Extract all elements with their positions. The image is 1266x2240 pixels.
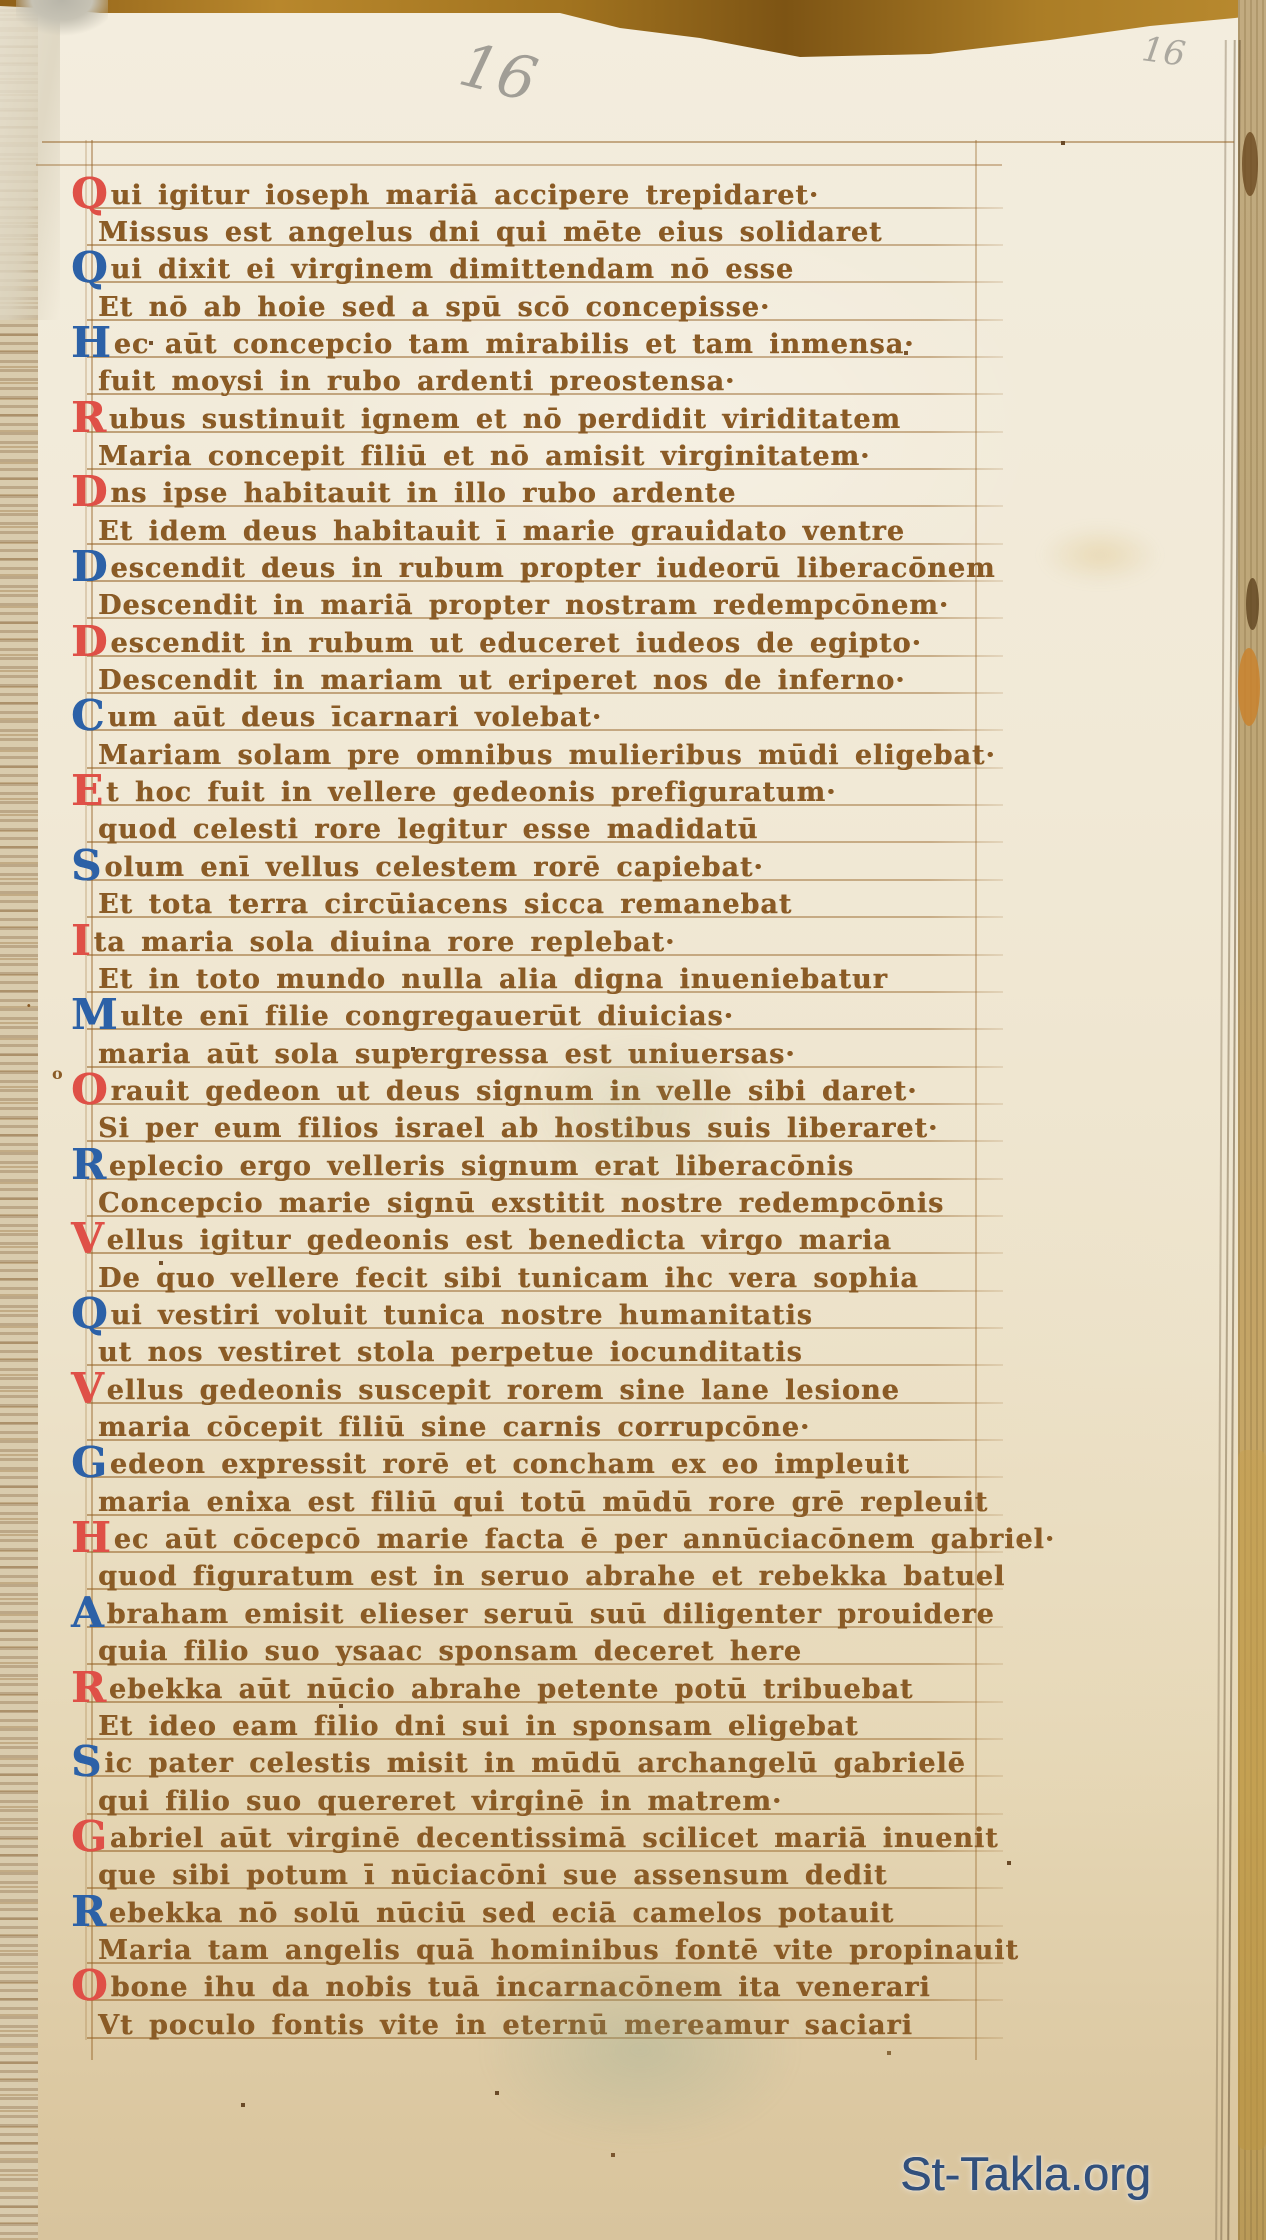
manuscript-line: ut nos vestiret stola perpetue iocundita… [98,1334,803,1372]
manuscript-line: fuit moysi in rubo ardenti preostensa· [98,363,735,401]
ruling-vertical-right [975,140,977,2060]
line-text: ui dixit ei virginem dimittendam nō esse [111,254,794,285]
manuscript-line: Qui dixit ei virginem dimittendam nō ess… [98,251,794,289]
line-text: escendit deus in rubum propter iudeorū l… [110,553,995,584]
line-text: De quo vellere fecit sibi tunicam ihc ve… [98,1263,919,1294]
line-text: maria cōcepit filiū sine carnis corrupcō… [98,1412,810,1443]
line-initial: H [71,1513,111,1562]
line-text: Descendit in mariā propter nostram redem… [98,590,949,621]
manuscript-line: Rebekka nō solū nūciū sed eciā camelos p… [98,1895,894,1933]
line-initial: S [71,841,101,890]
line-text: ic pater celestis misit in mūdū archange… [104,1748,966,1779]
line-text: Maria tam angelis quā hominibus fontē vi… [98,1935,1019,1966]
manuscript-line: qui filio suo quereret virginē in matrem… [98,1783,782,1821]
line-initial: R [71,1663,106,1712]
manuscript-line: Et tota terra circūiacens sicca remaneba… [98,886,792,924]
line-initial: R [71,1140,106,1189]
line-text: ebekka aūt nūcio abrahe petente potū tri… [109,1674,913,1705]
line-text: escendit in rubum ut educeret iudeos de … [110,628,921,659]
manuscript-line: quod celesti rore legitur esse madidatū [98,811,758,849]
manuscript-line: Vellus gedeonis suscepit rorem sine lane… [98,1372,900,1410]
manuscript-line: maria aūt sola supergressa est uniuersas… [98,1036,796,1074]
manuscript-line: De quo vellere fecit sibi tunicam ihc ve… [98,1260,919,1298]
manuscript-line: Rubus sustinuit ignem et nō perdidit vir… [98,401,901,439]
line-initial: O [71,1065,108,1114]
line-text: Et tota terra circūiacens sicca remaneba… [98,889,792,920]
line-text: Mariam solam pre omnibus mulieribus mūdi… [98,740,996,771]
manuscript-line: Mariam solam pre omnibus mulieribus mūdi… [98,737,996,775]
line-text: um aūt deus īcarnari volebat· [107,702,602,733]
line-initial: V [71,1214,104,1263]
manuscript-line: Descendit in rubum ut educeret iudeos de… [98,625,922,663]
line-initial: D [71,467,107,516]
manuscript-line: Maria tam angelis quā hominibus fontē vi… [98,1932,1019,1970]
line-text: ui igitur ioseph mariā accipere trepidar… [111,180,820,211]
line-text: olum enī vellus celestem rorē capiebat· [104,852,763,883]
line-text: ns ipse habitauit in illo rubo ardente [110,478,736,509]
manuscript-line: Orauit gedeon ut deus signum in velle si… [98,1073,917,1111]
line-initial: M [71,990,118,1039]
manuscript-line: Vellus igitur gedeonis est benedicta vir… [98,1222,892,1260]
ruling-top-line2 [36,164,1002,166]
line-initial: C [71,691,104,740]
line-initial: R [71,1887,106,1936]
line-text: Si per eum filios israel ab hostibus sui… [98,1113,938,1144]
manuscript-line: Qui vestiri voluit tunica nostre humanit… [98,1297,813,1335]
left-foredge-pages [0,0,38,2240]
line-text: edeon expressit rorē et concham ex eo im… [110,1449,910,1480]
manuscript-line: Solum enī vellus celestem rorē capiebat· [98,849,764,887]
manuscript-line: Sic pater celestis misit in mūdū archang… [98,1745,966,1783]
manuscript-line: Descendit in mariam ut eriperet nos de i… [98,662,905,700]
manuscript-line: Hec aūt cōcepcō marie facta ē per annūci… [98,1521,1055,1559]
ruling-top-line [42,141,1234,143]
line-text: Et idem deus habitauit ī marie grauidato… [98,516,905,547]
line-text: Concepcio marie signū exstitit nostre re… [98,1188,944,1219]
line-text: eplecio ergo velleris signum erat libera… [109,1151,854,1182]
line-text: ut nos vestiret stola perpetue iocundita… [98,1337,803,1368]
line-initial: D [71,542,107,591]
line-text: ec aūt cōcepcō marie facta ē per annūcia… [114,1524,1055,1555]
manuscript-line: Gedeon expressit rorē et concham ex eo i… [98,1446,910,1484]
manuscript-line: que sibi potum ī nūciacōni sue assensum … [98,1857,887,1895]
right-page-edge [1238,0,1266,2240]
topleft-paper-corner [16,0,108,36]
site-watermark: St-Takla.org [900,2146,1151,2201]
line-text: braham emisit elieser seruū suū diligent… [107,1599,995,1630]
line-initial: O [71,1961,108,2010]
edge-orange-spot [1238,648,1260,726]
line-text: ellus gedeonis suscepit rorem sine lane … [107,1375,900,1406]
manuscript-line: Missus est angelus dni qui mēte eius sol… [98,214,882,252]
manuscript-line: maria cōcepit filiū sine carnis corrupcō… [98,1409,810,1447]
line-text: bone ihu da nobis tuā incarnacōnem ita v… [111,1972,931,2003]
manuscript-photo: Qui igitur ioseph mariā accipere trepida… [0,0,1266,2240]
line-text: fuit moysi in rubo ardenti preostensa· [98,366,735,397]
manuscript-line: Vt poculo fontis vite in eternū mereamur… [98,2007,913,2045]
edge-gold-patch [1238,1450,1266,2150]
line-text: Missus est angelus dni qui mēte eius sol… [98,217,882,248]
line-initial: G [71,1812,107,1861]
manuscript-line: Maria concepit filiū et nō amisit virgin… [98,438,870,476]
line-text: Maria concepit filiū et nō amisit virgin… [98,441,870,472]
manuscript-line: Gabriel aūt virginē decentissimā scilice… [98,1820,999,1858]
line-text: ui vestiri voluit tunica nostre humanita… [111,1300,813,1331]
line-text: quia filio suo ysaac sponsam deceret her… [98,1636,802,1667]
manuscript-line: Et in toto mundo nulla alia digna inueni… [98,961,888,999]
line-text: abriel aūt virginē decentissimā scilicet… [110,1823,999,1854]
manuscript-line: Qui igitur ioseph mariā accipere trepida… [98,177,819,215]
line-initial: G [71,1438,107,1487]
line-text: qui filio suo quereret virginē in matrem… [98,1786,782,1817]
edge-dark-spot [1246,578,1259,630]
manuscript-line: Multe enī filie congregauerūt diuicias· [98,998,734,1036]
line-initial: H [71,318,111,367]
left-foredge-highlight [0,0,60,320]
line-initial: D [71,617,107,666]
edge-dark-spot [1242,132,1258,196]
manuscript-line: quod figuratum est in seruo abrahe et re… [98,1558,1005,1596]
line-initial: V [71,1364,104,1413]
margin-mark: · [26,996,32,1015]
line-text: maria aūt sola supergressa est uniuersas… [98,1039,796,1070]
line-text: que sibi potum ī nūciacōni sue assensum … [98,1860,887,1891]
manuscript-line: Et ideo eam filio dni sui in sponsam eli… [98,1708,859,1746]
line-initial: E [71,766,103,815]
manuscript-line: Descendit in mariā propter nostram redem… [98,587,949,625]
manuscript-line: Dns ipse habitauit in illo rubo ardente [98,475,736,513]
line-text: t hoc fuit in vellere gedeonis prefigura… [106,777,836,808]
line-text: Descendit in mariam ut eriperet nos de i… [98,665,905,696]
manuscript-line: Ita maria sola diuina rore replebat· [98,924,675,962]
line-text: ellus igitur gedeonis est benedicta virg… [107,1225,892,1256]
line-initial: R [71,393,106,442]
manuscript-line: Et nō ab hoie sed a spū scō concepisse· [98,289,770,327]
line-text: ebekka nō solū nūciū sed eciā camelos po… [109,1898,894,1929]
line-text: ta maria sola diuina rore replebat· [94,927,676,958]
manuscript-line: Abraham emisit elieser seruū suū diligen… [98,1596,995,1634]
line-text: ubus sustinuit ignem et nō perdidit viri… [109,404,901,435]
line-text: quod celesti rore legitur esse madidatū [98,814,758,845]
manuscript-line: Si per eum filios israel ab hostibus sui… [98,1110,938,1148]
manuscript-line: Concepcio marie signū exstitit nostre re… [98,1185,944,1223]
manuscript-line: Et idem deus habitauit ī marie grauidato… [98,513,905,551]
manuscript-line: Descendit deus in rubum propter iudeorū … [98,550,996,588]
manuscript-line: Rebekka aūt nūcio abrahe petente potū tr… [98,1671,913,1709]
line-text: Vt poculo fontis vite in eternū mereamur… [98,2010,913,2041]
manuscript-line: Replecio ergo velleris signum erat liber… [98,1148,854,1186]
line-text: Et in toto mundo nulla alia digna inueni… [98,964,888,995]
line-initial: A [71,1588,104,1637]
manuscript-line: Et hoc fuit in vellere gedeonis prefigur… [98,774,836,812]
line-initial: Q [71,1289,108,1338]
line-text: rauit gedeon ut deus signum in velle sib… [111,1076,918,1107]
ink-specks [0,0,2,2]
manuscript-line: quia filio suo ysaac sponsam deceret her… [98,1633,802,1671]
manuscript-line: Cum aūt deus īcarnari volebat· [98,699,602,737]
line-text: ec aūt concepcio tam mirabilis et tam in… [114,329,915,360]
line-text: Et ideo eam filio dni sui in sponsam eli… [98,1711,859,1742]
line-text: maria enixa est filiū qui totū mūdū rore… [98,1487,988,1518]
manuscript-line: Obone ihu da nobis tuā incarnacōnem ita … [98,1969,931,2007]
margin-mark: o [52,1064,63,1083]
line-initial: Q [71,243,108,292]
pencil-folio-number-corner: 16 [1139,29,1187,75]
line-initial: S [71,1737,101,1786]
manuscript-line: Hec aūt concepcio tam mirabilis et tam i… [98,326,914,364]
manuscript-line: maria enixa est filiū qui totū mūdū rore… [98,1484,988,1522]
line-text: quod figuratum est in seruo abrahe et re… [98,1561,1005,1592]
line-text: ulte enī filie congregauerūt diuicias· [121,1001,734,1032]
line-initial: I [71,916,91,965]
line-text: Et nō ab hoie sed a spū scō concepisse· [98,292,770,323]
line-initial: Q [71,169,108,218]
